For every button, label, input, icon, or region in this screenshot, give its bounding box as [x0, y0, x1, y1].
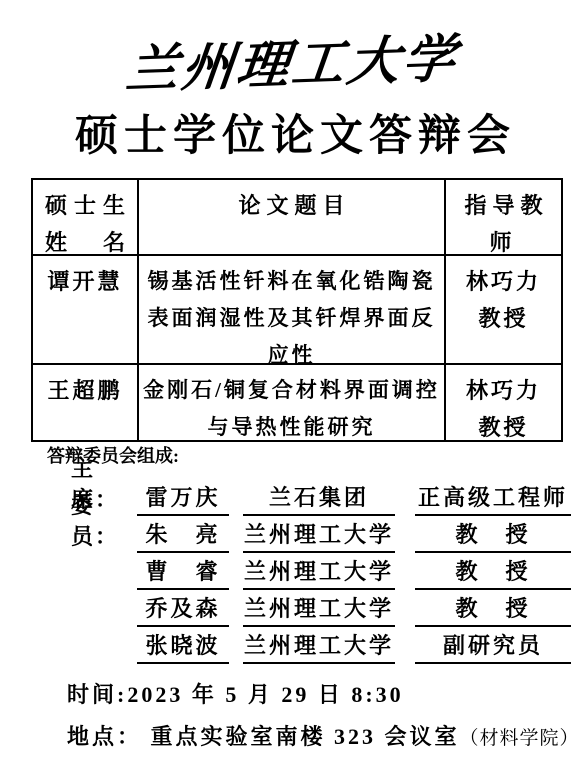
thesis-line: 锡基活性钎料在氧化锆陶瓷	[139, 263, 444, 300]
member-name: 乔及森	[137, 592, 229, 627]
student-header-line2: 姓名	[33, 224, 137, 256]
advisor-title: 教授	[446, 300, 561, 337]
committee-row-member: 张晓波 兰州理工大学 副研究员	[71, 627, 571, 664]
member-title: 教 授	[415, 555, 571, 590]
defense-table: 硕士生 姓名 论文题目 指导教师 谭开慧 锡基活性钎料在氧化锆陶瓷 表面润湿性及…	[31, 178, 563, 442]
member-name: 曹 睿	[137, 555, 229, 590]
student-name-cell: 谭开慧	[33, 256, 139, 365]
member-affiliation: 兰州理工大学	[243, 629, 395, 664]
member-title: 教 授	[415, 518, 571, 553]
member-name: 朱 亮	[137, 518, 229, 553]
advisor-cell: 林巧力 教授	[446, 365, 561, 440]
thesis-line: 应性	[139, 337, 444, 365]
member-title: 副研究员	[415, 629, 571, 664]
table-header-advisor: 指导教师	[446, 180, 561, 256]
student-header-line1: 硕士生	[33, 187, 137, 224]
committee-row-chair: 主席： 雷万庆 兰石集团 正高级工程师	[71, 479, 571, 516]
committee-row-member: 曹 睿 兰州理工大学 教 授	[71, 553, 571, 590]
member-affiliation: 兰州理工大学	[243, 592, 395, 627]
thesis-line: 表面润湿性及其钎焊界面反	[139, 300, 444, 337]
document-page: 兰州理工大学 硕士学位论文答辩会 硕士生 姓名 论文题目 指导教师 谭开慧 锡基…	[0, 0, 585, 768]
advisor-name: 林巧力	[446, 372, 561, 409]
member-label	[71, 662, 137, 664]
member-label: 委员：	[71, 489, 137, 553]
table-header-student-name: 硕士生 姓名	[33, 180, 139, 256]
defense-location-note: （材料学院）	[460, 728, 580, 749]
thesis-title-cell: 金刚石/铜复合材料界面调控 与导热性能研究	[139, 365, 446, 440]
thesis-title-cell: 锡基活性钎料在氧化锆陶瓷 表面润湿性及其钎焊界面反 应性	[139, 256, 446, 365]
member-name: 雷万庆	[137, 481, 229, 516]
table-header-thesis-title: 论文题目	[139, 180, 446, 256]
member-affiliation: 兰石集团	[243, 481, 395, 516]
thesis-line: 金刚石/铜复合材料界面调控	[139, 372, 444, 409]
member-label	[71, 588, 137, 590]
thesis-line: 与导热性能研究	[139, 409, 444, 440]
member-title: 教 授	[415, 592, 571, 627]
member-affiliation: 兰州理工大学	[243, 555, 395, 590]
member-title: 正高级工程师	[415, 481, 571, 516]
defense-location-text: 地点： 重点实验室南楼 323 会议室	[67, 724, 460, 749]
member-label	[71, 625, 137, 627]
committee-row-member: 乔及森 兰州理工大学 教 授	[71, 590, 571, 627]
defense-location: 地点： 重点实验室南楼 323 会议室（材料学院）	[67, 723, 580, 753]
student-name-cell: 王超鹏	[33, 365, 139, 440]
member-affiliation: 兰州理工大学	[243, 518, 395, 553]
committee-row-member: 委员： 朱 亮 兰州理工大学 教 授	[71, 516, 571, 553]
advisor-name: 林巧力	[446, 263, 561, 300]
university-logo-wrap: 兰州理工大学	[0, 28, 585, 104]
committee-list: 主席： 雷万庆 兰石集团 正高级工程师 委员： 朱 亮 兰州理工大学 教 授 曹…	[71, 479, 571, 664]
defense-time: 时间:2023 年 5 月 29 日 8:30	[67, 681, 404, 709]
university-logo-calligraphy: 兰州理工大学	[123, 22, 462, 109]
advisor-cell: 林巧力 教授	[446, 256, 561, 365]
page-title: 硕士学位论文答辩会	[0, 106, 585, 168]
advisor-title: 教授	[446, 409, 561, 440]
member-name: 张晓波	[137, 629, 229, 664]
